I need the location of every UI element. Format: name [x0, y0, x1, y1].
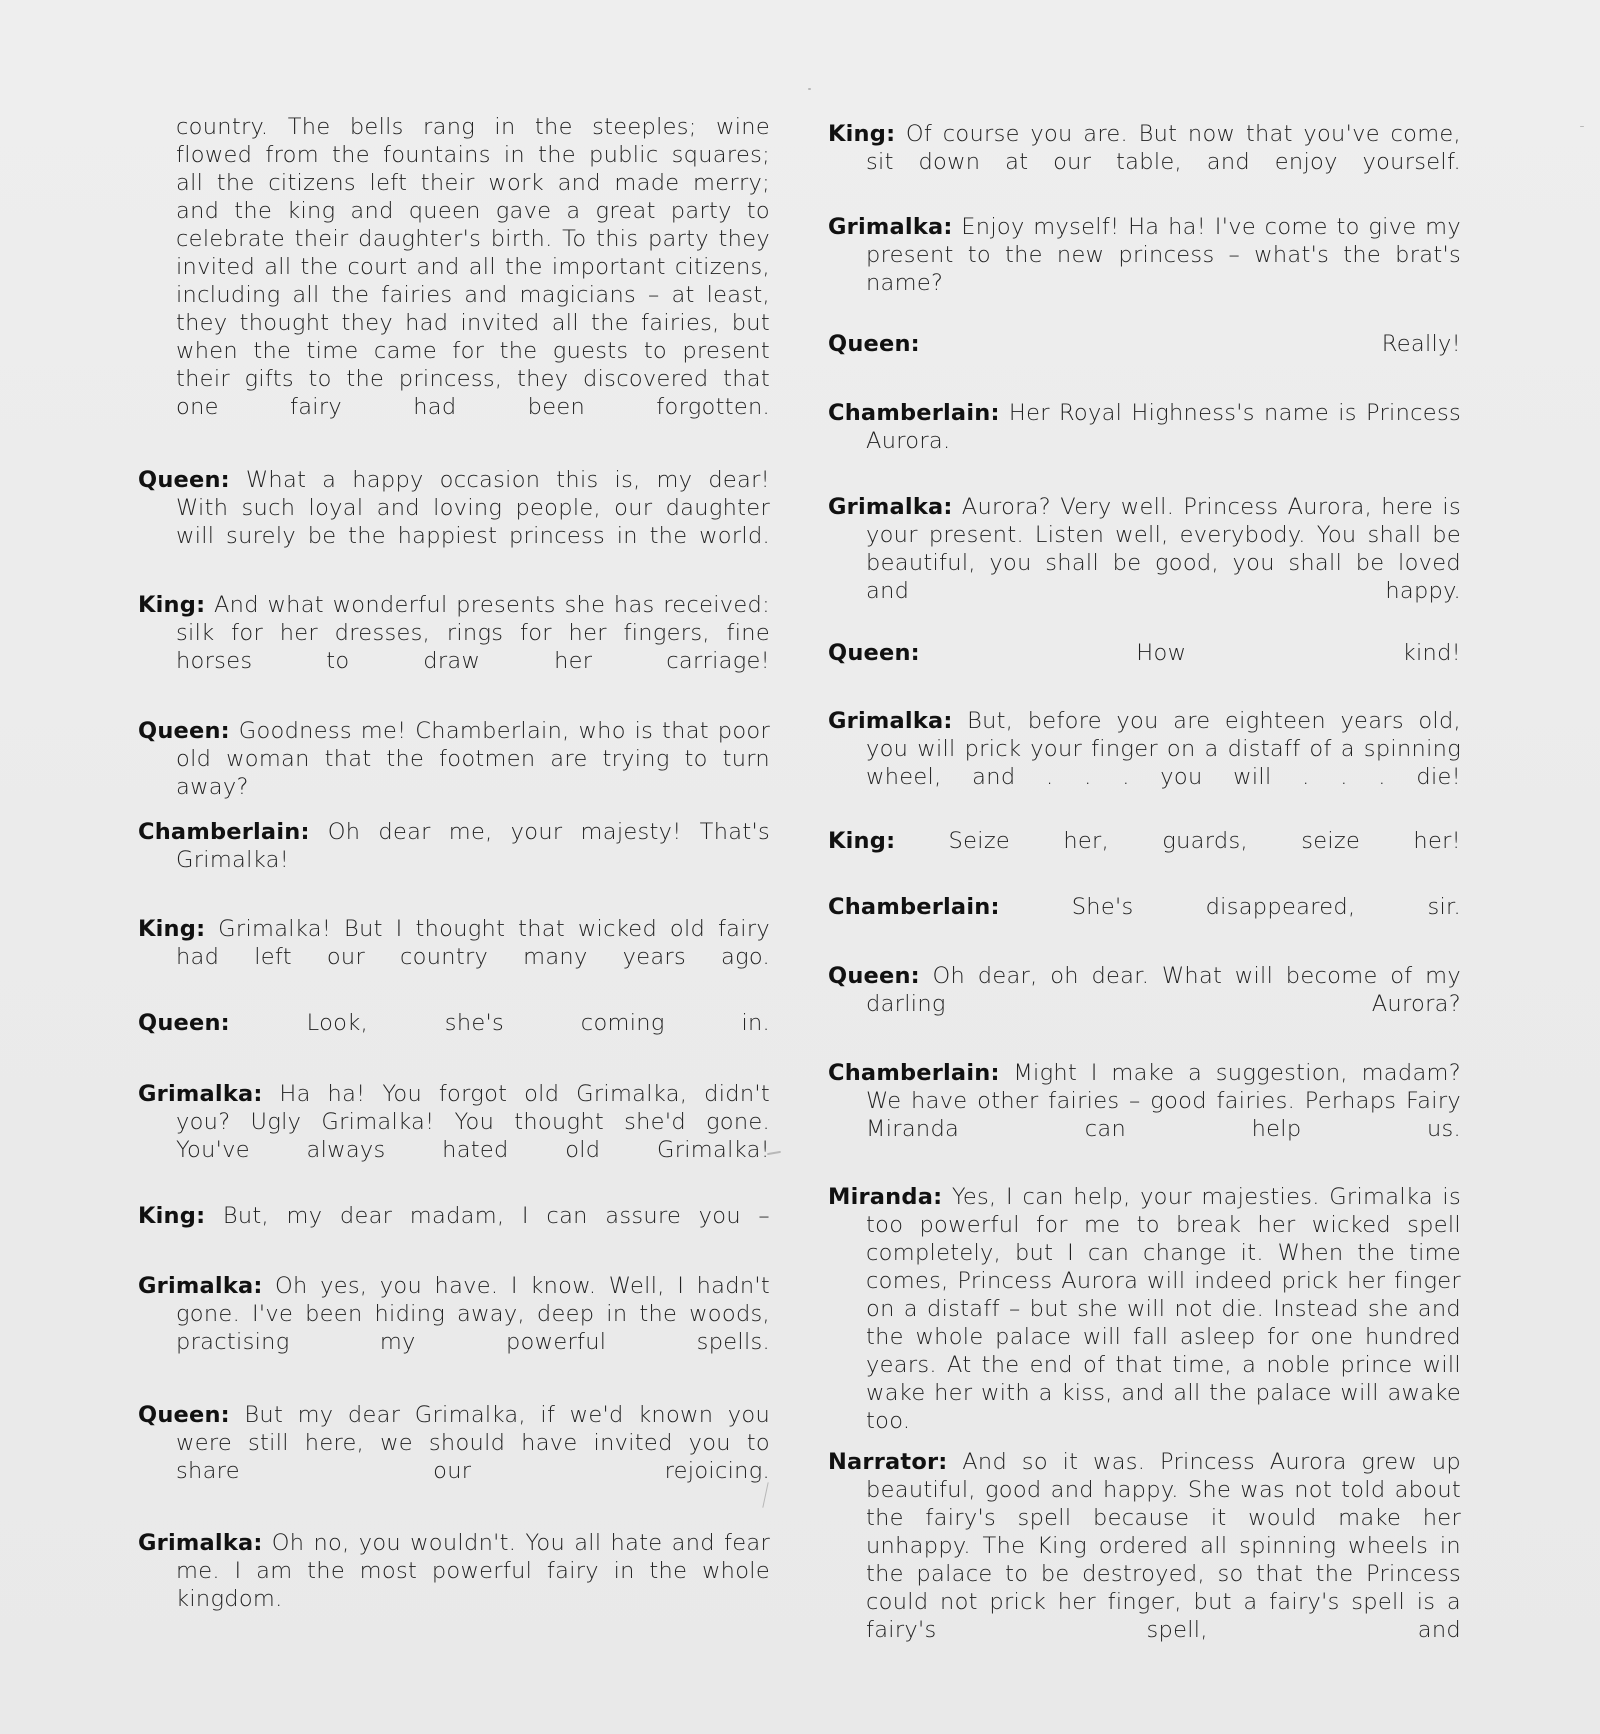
- dialogue-text: And so it was. Princess Aurora grew up b…: [866, 1449, 1461, 1643]
- speaker-name: Queen:: [138, 467, 230, 493]
- dialogue-line: King: Grimalka! But I thought that wicke…: [176, 915, 770, 999]
- dialogue-text: Goodness me! Chamberlain, who is that po…: [176, 718, 770, 800]
- dialogue-line: Queen: Look, she's coming in.: [176, 1009, 770, 1065]
- speaker-name: Grimalka:: [828, 708, 953, 734]
- speaker-name: Queen:: [828, 640, 920, 666]
- speaker-name: King:: [828, 121, 895, 147]
- dialogue-text: Aurora? Very well. Princess Aurora, here…: [866, 494, 1461, 604]
- speaker-name: Grimalka:: [138, 1530, 263, 1556]
- dialogue-line: Queen: How kind!: [866, 639, 1461, 695]
- dialogue-text: Look, she's coming in.: [307, 1010, 770, 1036]
- dialogue-text: Really!: [1382, 331, 1461, 357]
- dialogue-line: Queen: But my dear Grimalka, if we'd kno…: [176, 1401, 770, 1513]
- speaker-name: Narrator:: [828, 1449, 948, 1475]
- speaker-name: Chamberlain:: [828, 894, 1000, 920]
- dialogue-line: Grimalka: Oh no, you wouldn't. You all h…: [176, 1529, 770, 1641]
- speaker-name: Queen:: [138, 1402, 230, 1428]
- speaker-name: Grimalka:: [138, 1081, 263, 1107]
- dialogue-text: But, before you are eighteen years old, …: [866, 708, 1461, 790]
- narration-text: country. The bells rang in the steeples;…: [176, 114, 770, 420]
- scan-speck: [1580, 126, 1584, 127]
- dialogue-text: But my dear Grimalka, if we'd known you …: [176, 1402, 770, 1484]
- dialogue-line: Grimalka: But, before you are eighteen y…: [866, 707, 1461, 819]
- speaker-name: Grimalka:: [828, 494, 953, 520]
- dialogue-text: Oh dear, oh dear. What will become of my…: [866, 963, 1461, 1017]
- narration-intro: country. The bells rang in the steeples;…: [176, 113, 770, 449]
- dialogue-line: Grimalka: Oh yes, you have. I know. Well…: [176, 1272, 770, 1384]
- dialogue-line: Chamberlain: Oh dear me, your majesty! T…: [176, 818, 770, 902]
- dialogue-text: Oh no, you wouldn't. You all hate and fe…: [176, 1530, 770, 1612]
- scanned-page: country. The bells rang in the steeples;…: [0, 0, 1600, 1734]
- dialogue-text: How kind!: [1136, 640, 1461, 666]
- speaker-name: Grimalka:: [828, 214, 953, 240]
- dialogue-line: King: But, my dear madam, I can assure y…: [176, 1202, 770, 1258]
- dialogue-line: Queen: Goodness me! Chamberlain, who is …: [176, 717, 770, 829]
- speaker-name: Chamberlain:: [828, 1060, 1000, 1086]
- dialogue-line: King: Of course you are. But now that yo…: [866, 120, 1461, 204]
- dialogue-line: Chamberlain: She's disappeared, sir.: [866, 893, 1461, 949]
- speaker-name: Grimalka:: [138, 1273, 263, 1299]
- dialogue-line: Chamberlain: Might I make a suggestion, …: [866, 1059, 1461, 1171]
- dialogue-text: Grimalka! But I thought that wicked old …: [176, 916, 770, 970]
- speaker-name: Queen:: [138, 718, 230, 744]
- dialogue-line: Narrator: And so it was. Princess Aurora…: [866, 1448, 1461, 1672]
- dialogue-line: Queen: Oh dear, oh dear. What will becom…: [866, 962, 1461, 1046]
- speaker-name: King:: [138, 1203, 205, 1229]
- dialogue-text: And what wonderful presents she has rece…: [176, 592, 770, 674]
- speaker-name: King:: [138, 592, 205, 618]
- dialogue-text: What a happy occasion this is, my dear! …: [176, 467, 770, 549]
- dialogue-line: Queen: Really!: [866, 330, 1461, 386]
- dialogue-line: Grimalka: Enjoy myself! Ha ha! I've come…: [866, 213, 1461, 325]
- speaker-name: King:: [828, 828, 895, 854]
- speaker-name: Queen:: [828, 331, 920, 357]
- dialogue-text: Yes, I can help, your majesties. Grimalk…: [866, 1184, 1461, 1434]
- dialogue-text: Oh yes, you have. I know. Well, I hadn't…: [176, 1273, 770, 1355]
- dialogue-line: Chamberlain: Her Royal Highness's name i…: [866, 399, 1461, 483]
- speaker-name: King:: [138, 916, 205, 942]
- dialogue-text: Seize her, guards, seize her!: [949, 828, 1461, 854]
- speaker-name: Queen:: [828, 963, 920, 989]
- dialogue-text: Of course you are. But now that you've c…: [866, 121, 1461, 175]
- scan-speck: [808, 88, 811, 90]
- dialogue-line: Grimalka: Aurora? Very well. Princess Au…: [866, 493, 1461, 633]
- speaker-name: Chamberlain:: [138, 819, 310, 845]
- dialogue-line: Grimalka: Ha ha! You forgot old Grimalka…: [176, 1080, 770, 1192]
- dialogue-text: She's disappeared, sir.: [1072, 894, 1461, 920]
- dialogue-line: Miranda: Yes, I can help, your majesties…: [866, 1183, 1461, 1463]
- dialogue-text: But, my dear madam, I can assure you –: [223, 1203, 770, 1229]
- speaker-name: Queen:: [138, 1010, 230, 1036]
- speaker-name: Miranda:: [828, 1184, 942, 1210]
- dialogue-text: Ha ha! You forgot old Grimalka, didn't y…: [176, 1081, 770, 1163]
- dialogue-line: King: Seize her, guards, seize her!: [866, 827, 1461, 883]
- dialogue-line: King: And what wonderful presents she ha…: [176, 591, 770, 703]
- speaker-name: Chamberlain:: [828, 400, 1000, 426]
- dialogue-text: Enjoy myself! Ha ha! I've come to give m…: [866, 214, 1461, 296]
- dialogue-line: Queen: What a happy occasion this is, my…: [176, 466, 770, 578]
